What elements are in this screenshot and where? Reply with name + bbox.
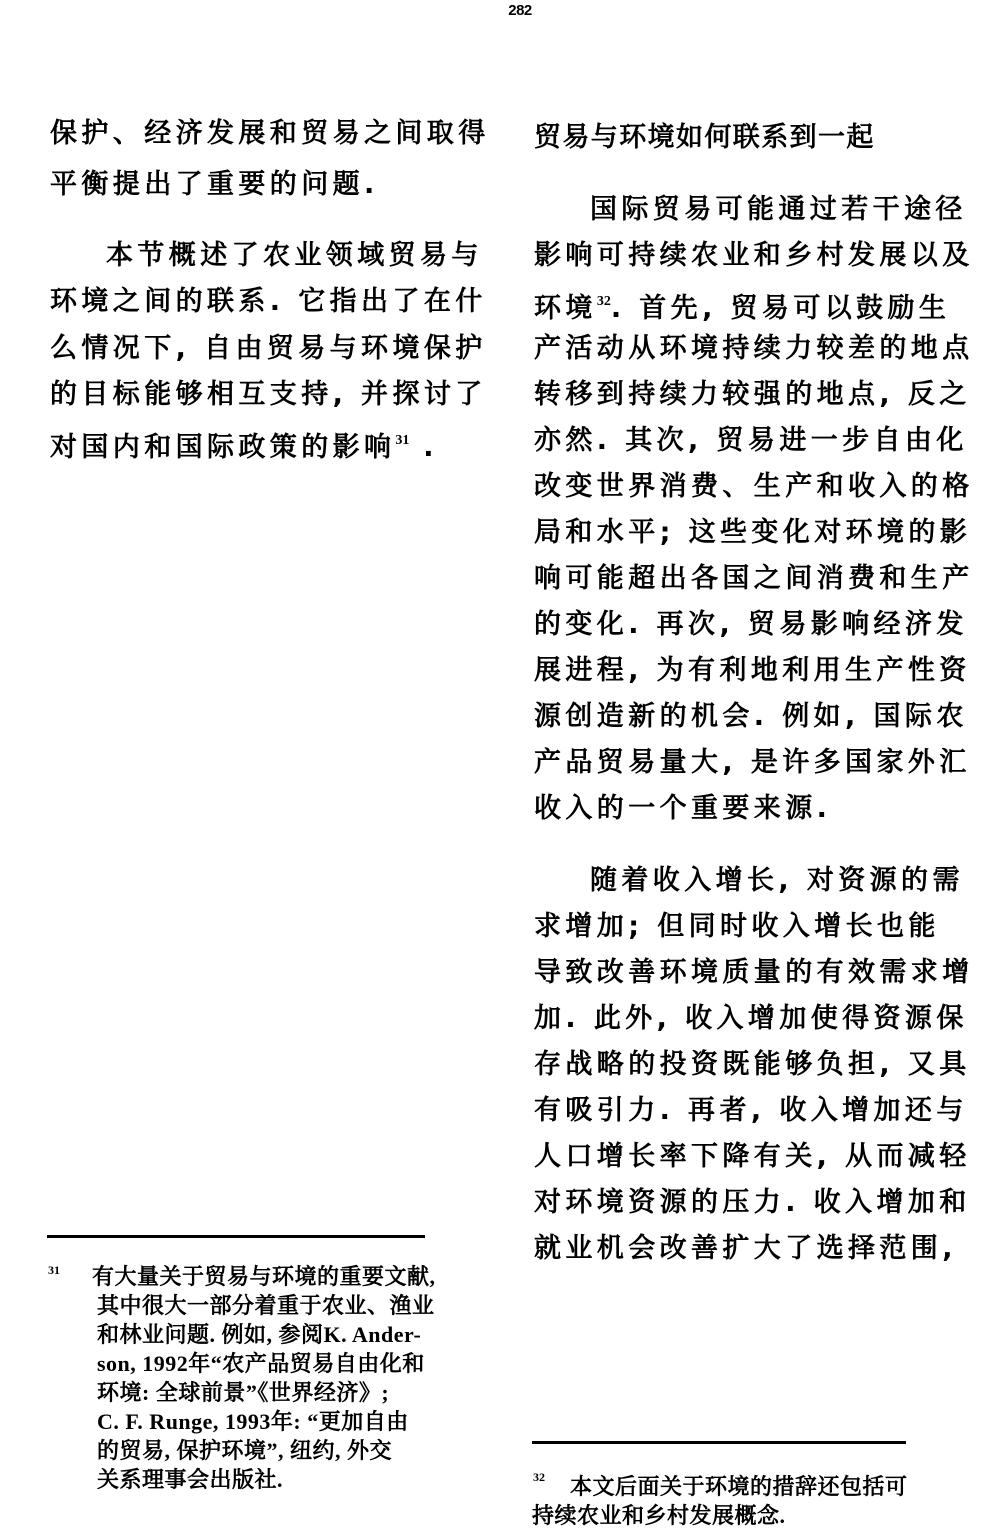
footnote-line: 持续农业和乡村发展概念.	[532, 1501, 786, 1530]
body-text-line: 加. 此外, 收入增加使得资源保	[534, 1003, 968, 1035]
body-text: .	[409, 432, 437, 463]
body-text-line: 么情况下, 自由贸易与环境保护	[50, 333, 487, 365]
body-text-line: 响可能超出各国之间消费和生产	[534, 563, 974, 595]
footnote-line: son, 1992年“农产品贸易自由化和	[97, 1349, 425, 1378]
body-text-line: 收入的一个重要来源.	[534, 793, 831, 825]
body-text-line: 保护、经济发展和贸易之间取得	[50, 118, 490, 150]
footnote-line: 其中很大一部分着重于农业、渔业	[97, 1291, 435, 1320]
body-text-line: 转移到持续力较强的地点, 反之	[534, 379, 971, 411]
body-text-line: 就业机会改善扩大了选择范围,	[534, 1233, 957, 1265]
body-text-line: 人口增长率下降有关, 从而减轻	[534, 1141, 971, 1173]
body-text-line: 求增加; 但同时收入增长也能	[534, 911, 940, 943]
footnote-ref-31[interactable]: 31	[395, 433, 409, 448]
section-heading: 贸易与环境如何联系到一起	[534, 122, 875, 154]
body-text: 对国内和国际政策的影响	[50, 432, 395, 463]
body-text: . 首先, 贸易可以鼓励生	[611, 293, 951, 324]
footnote-line: 本文后面关于环境的措辞还包括可	[570, 1472, 908, 1501]
body-text-line: 改变世界消费、生产和收入的格	[534, 471, 974, 503]
body-text-line: 局和水平; 这些变化对环境的影	[534, 517, 971, 549]
footnote-line: 有大量关于贸易与环境的重要文献,	[92, 1262, 436, 1291]
footnote-line: 和林业问题. 例如, 参阅K. Ander-	[97, 1320, 421, 1349]
paragraph-first-line: 国际贸易可能通过若干途径	[590, 194, 967, 226]
body-text-line: 对国内和国际政策的影响31 .	[50, 425, 438, 457]
body-text-line: 平衡提出了重要的问题.	[50, 169, 379, 201]
body-text-line: 亦然. 其次, 贸易进一步自由化	[534, 425, 968, 457]
body-text-line: 环境32. 首先, 贸易可以鼓励生	[534, 286, 950, 318]
footnote-line: 环境: 全球前景”《世界经济》;	[97, 1378, 389, 1407]
page-number: 282	[0, 2, 1000, 19]
footnote-line: 的贸易, 保护环境”, 纽约, 外交	[97, 1436, 392, 1465]
footnote-divider	[532, 1441, 906, 1444]
body-text-line: 源创造新的机会. 例如, 国际农	[534, 701, 968, 733]
body-text-line: 展进程, 为有利地利用生产性资	[534, 655, 971, 687]
footnote-divider	[47, 1235, 425, 1238]
body-text-line: 产活动从环境持续力较差的地点	[534, 333, 974, 365]
body-text-line: 的目标能够相互支持, 并探讨了	[50, 379, 487, 411]
paragraph-first-line: 本节概述了农业领域贸易与	[106, 240, 483, 272]
body-text-line: 的变化. 再次, 贸易影响经济发	[534, 609, 968, 641]
footnote-31-mark: 31	[48, 1263, 60, 1278]
footnote-ref-32[interactable]: 32	[597, 294, 611, 309]
body-text-line: 环境之间的联系. 它指出了在什	[50, 286, 487, 318]
body-text-line: 有吸引力. 再者, 收入增加还与	[534, 1095, 968, 1127]
footnote-line: 关系理事会出版社.	[97, 1465, 283, 1494]
footnote-32-mark: 32	[533, 1470, 545, 1485]
footnote-line: C. F. Runge, 1993年: “更加自由	[97, 1407, 409, 1436]
paragraph-first-line: 随着收入增长, 对资源的需	[590, 865, 964, 897]
body-text-line: 存战略的投资既能够负担, 又具	[534, 1049, 971, 1081]
body-text-line: 导致改善环境质量的有效需求增	[534, 957, 974, 989]
body-text: 环境	[534, 293, 597, 324]
body-text-line: 影响可持续农业和乡村发展以及	[534, 240, 974, 272]
body-text-line: 产品贸易量大, 是许多国家外汇	[534, 747, 971, 779]
body-text-line: 对环境资源的压力. 收入增加和	[534, 1187, 971, 1219]
